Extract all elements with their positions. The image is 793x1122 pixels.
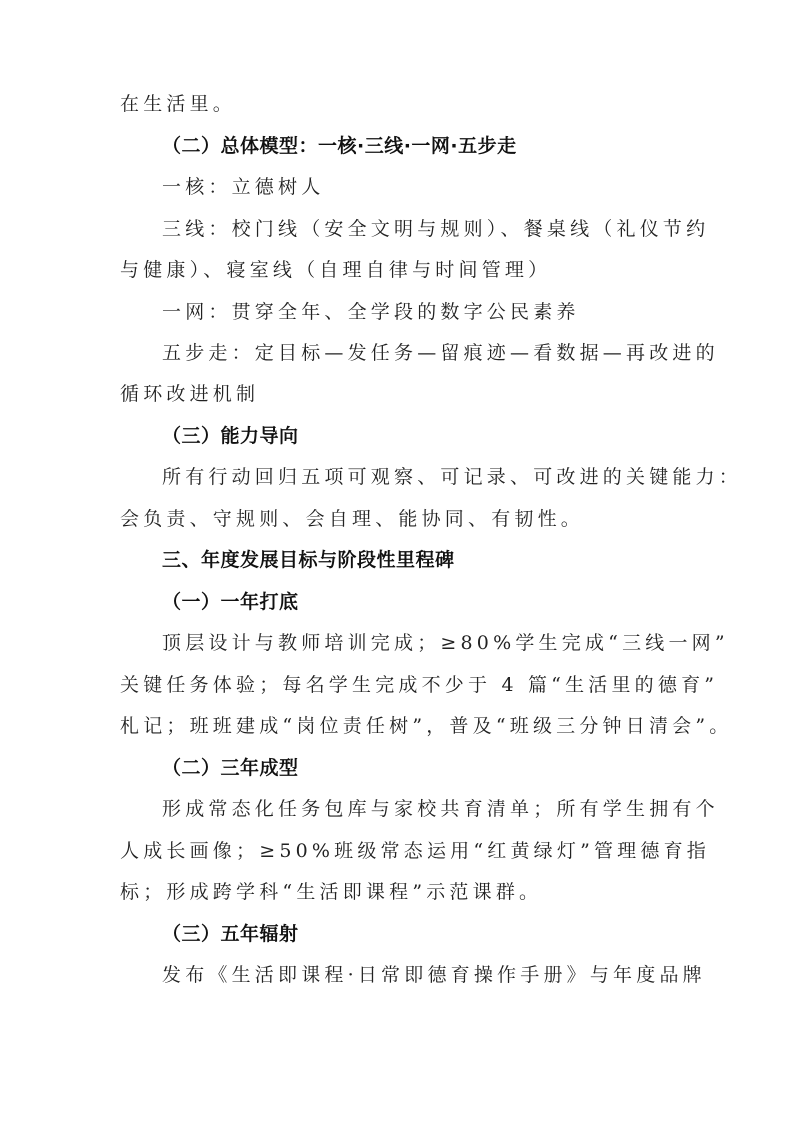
paragraph-line: 发布《生活即课程·日常即德育操作手册》与年度品牌 (162, 960, 673, 990)
section-heading: （三）五年辐射 (162, 919, 673, 949)
section-heading: （二）总体模型：一核·三线·一网·五步走 (162, 131, 673, 161)
paragraph-line: 与健康）、寝室线（自理自律与时间管理） (120, 255, 673, 285)
paragraph-line: 人成长画像；≥50%班级常态运用“红黄绿灯”管理德育指 (120, 836, 673, 866)
chapter-heading: 三、年度发展目标与阶段性里程碑 (162, 545, 673, 575)
section-heading: （三）能力导向 (162, 421, 673, 451)
section-heading: （二）三年成型 (162, 753, 673, 783)
paragraph-line: 在生活里。 (120, 89, 673, 119)
paragraph-line: 形成常态化任务包库与家校共育清单；所有学生拥有个 (162, 794, 673, 824)
paragraph-line: 循环改进机制 (120, 379, 673, 409)
paragraph-line: 所有行动回归五项可观察、可记录、可改进的关键能力： (162, 462, 673, 492)
paragraph-line: 关键任务体验；每名学生完成不少于 4 篇“生活里的德育” (120, 670, 673, 700)
section-heading: （一）一年打底 (162, 587, 673, 617)
paragraph-line: 五步走：定目标—发任务—留痕迹—看数据—再改进的 (162, 338, 673, 368)
paragraph-line: 一网：贯穿全年、全学段的数字公民素养 (162, 297, 673, 327)
paragraph-line: 会负责、守规则、会自理、能协同、有韧性。 (120, 504, 673, 534)
paragraph-line: 一核：立德树人 (162, 172, 673, 202)
paragraph-line: 札记；班班建成“岗位责任树”，普及“班级三分钟日清会”。 (120, 711, 673, 741)
paragraph-line: 三线：校门线（安全文明与规则）、餐桌线（礼仪节约 (162, 214, 673, 244)
paragraph-line: 顶层设计与教师培训完成；≥80%学生完成“三线一网” (162, 628, 673, 658)
paragraph-line: 标；形成跨学科“生活即课程”示范课群。 (120, 877, 673, 907)
